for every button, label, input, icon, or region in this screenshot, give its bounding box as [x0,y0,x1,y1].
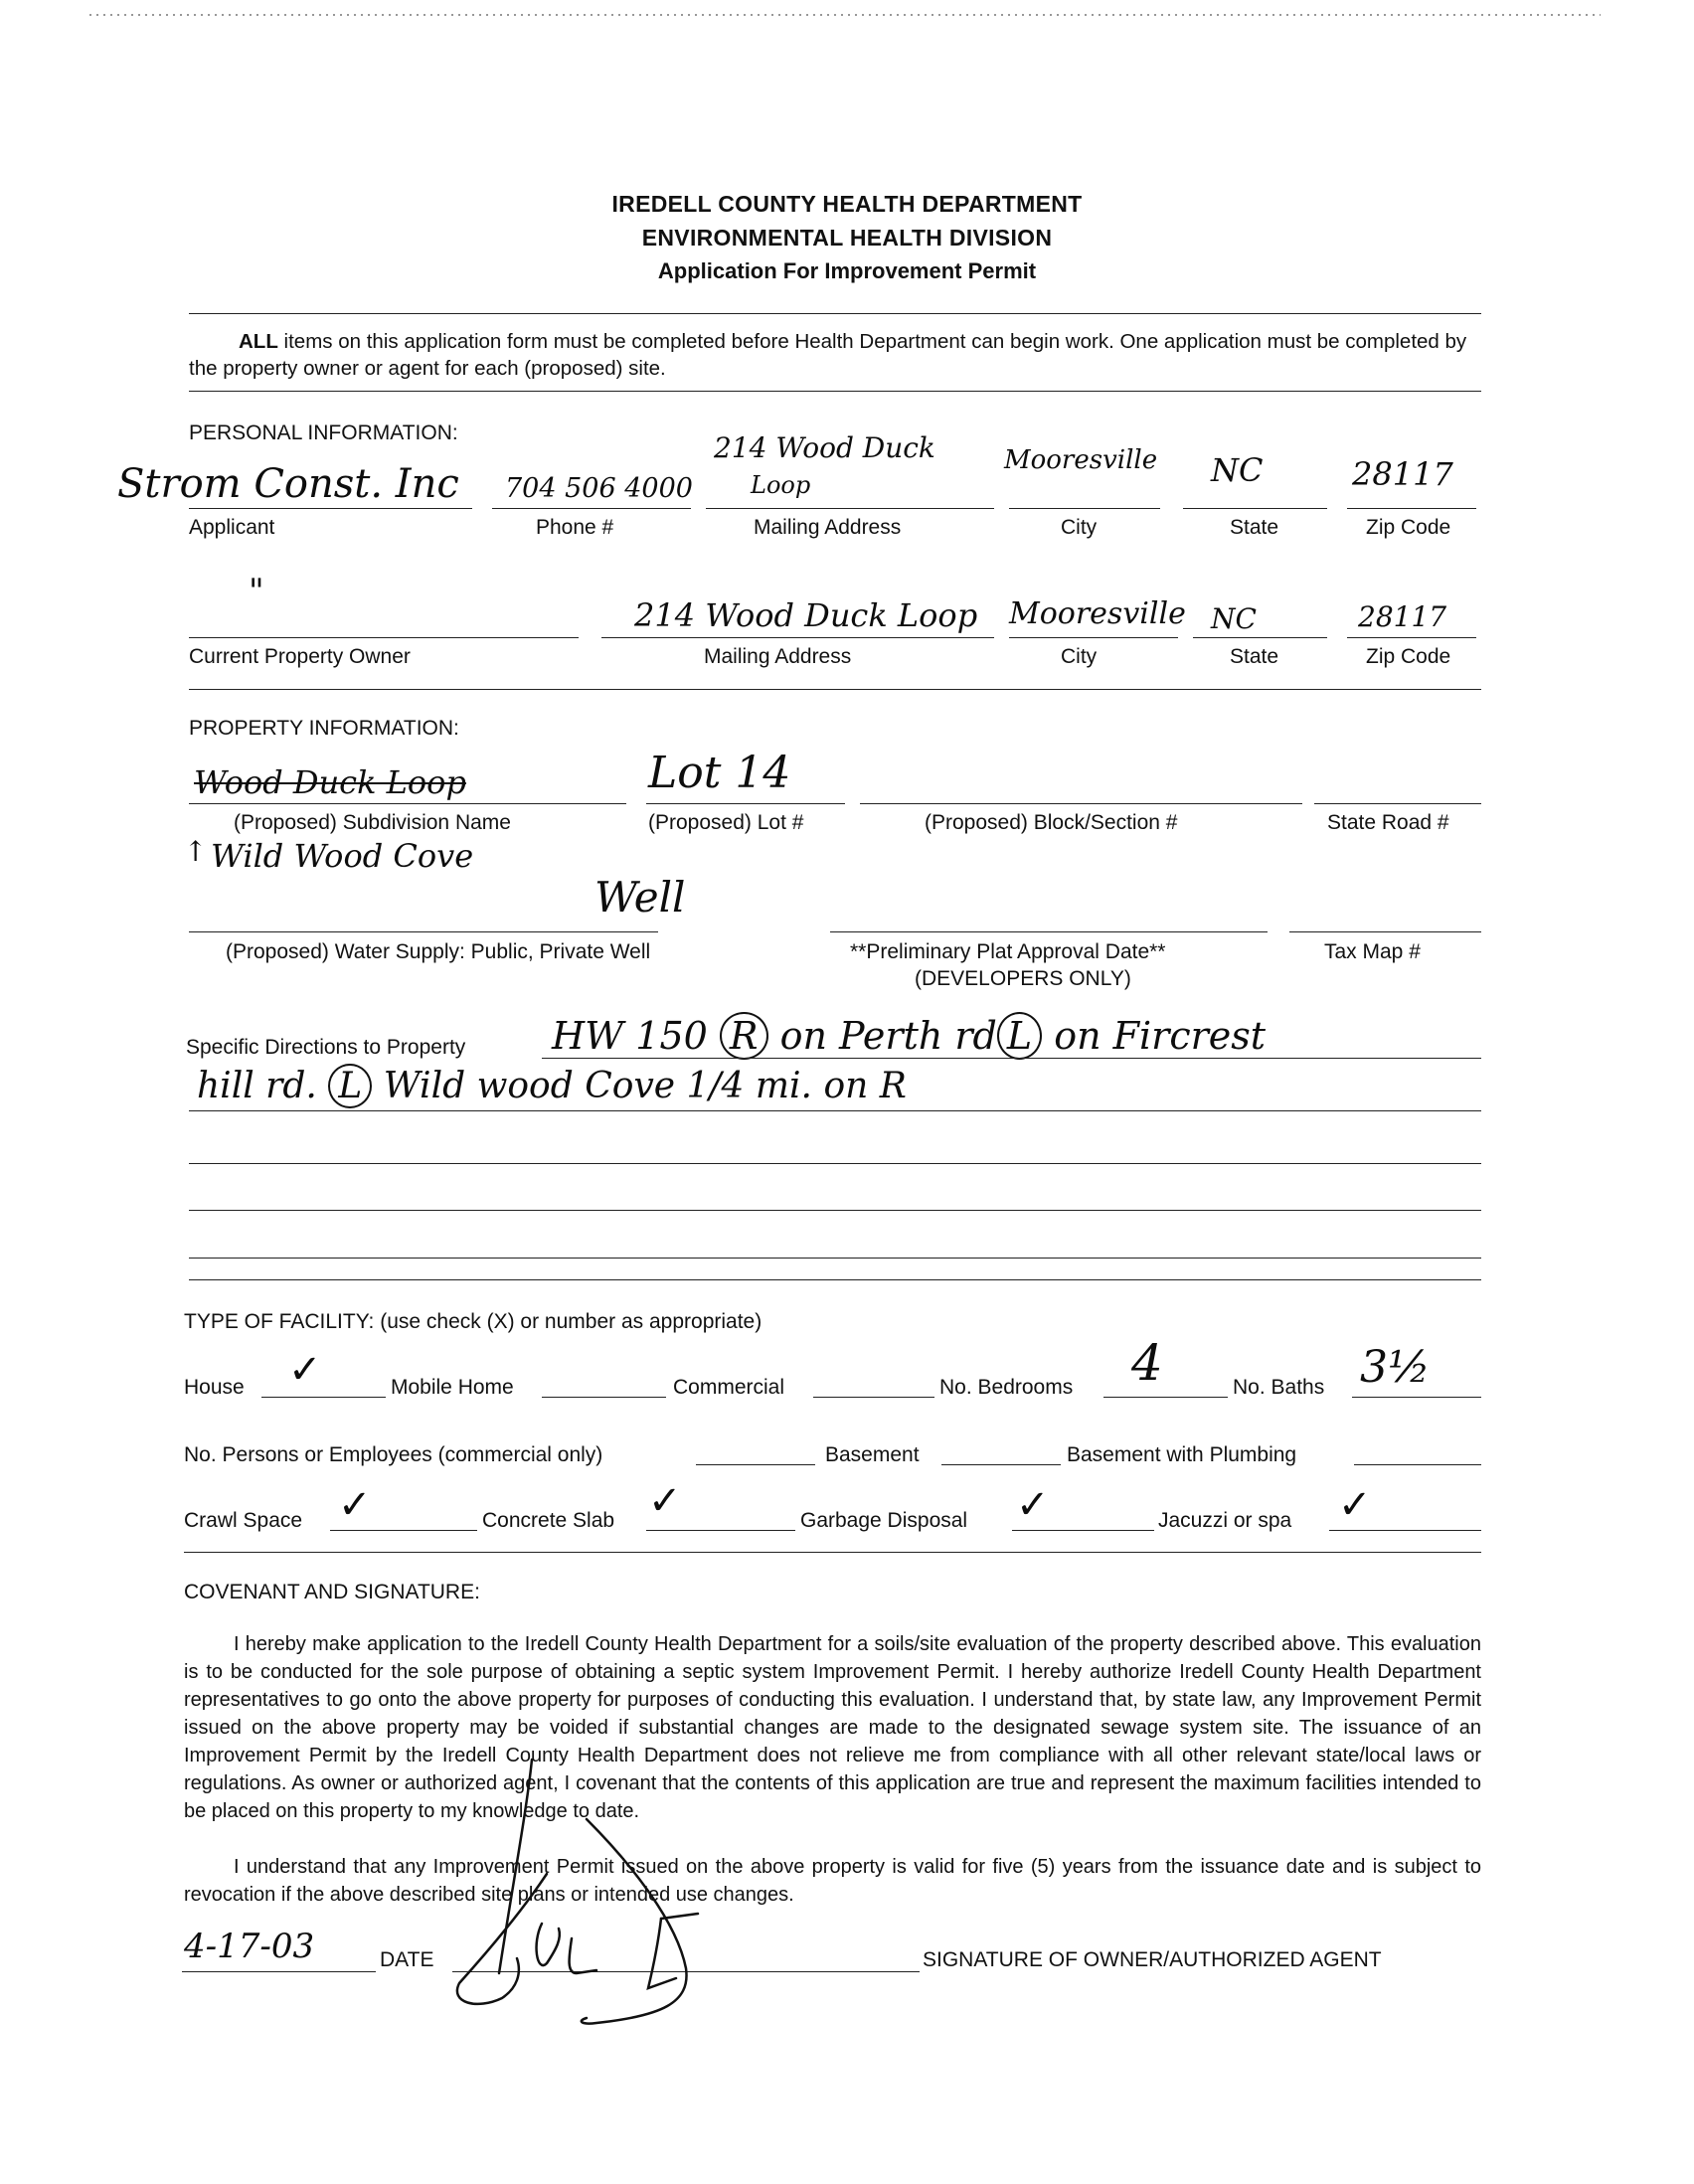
bedrooms-field[interactable]: 4 [1131,1334,1163,1392]
mobile-home-label: Mobile Home [391,1376,514,1400]
personal-info-heading: PERSONAL INFORMATION: [189,421,458,445]
zip-label: Zip Code [1366,516,1450,540]
water-label: (Proposed) Water Supply: Public, Private… [226,940,650,964]
directions-line [542,1058,1481,1059]
date-label: DATE [380,1948,433,1972]
intro-text: items on this application form must be c… [189,330,1466,380]
signature-label: SIGNATURE OF OWNER/AUTHORIZED AGENT [923,1948,1382,1972]
subdivision-line [189,803,626,804]
owner-city-label: City [1061,645,1097,669]
commercial-label: Commercial [673,1376,784,1400]
house-check[interactable]: ✓ [288,1350,322,1390]
persons-label: No. Persons or Employees (commercial onl… [184,1443,602,1467]
commercial-line [813,1397,934,1398]
divider [189,313,1481,314]
block-label: (Proposed) Block/Section # [925,811,1177,835]
basement-plumbing-label: Basement with Plumbing [1067,1443,1296,1467]
directions-text: Wild wood Cove 1/4 mi. on R [384,1066,907,1106]
intro-bold: ALL [239,330,278,353]
owner-line [189,637,579,638]
state-road-line [1314,803,1481,804]
tax-map-line [1289,931,1481,932]
tax-map-label: Tax Map # [1324,940,1421,964]
phone-line [492,508,691,509]
date-field[interactable]: 4-17-03 [184,1927,314,1966]
applicant-zip-field[interactable]: 28117 [1352,455,1453,493]
owner-state-field[interactable]: NC [1211,602,1257,635]
directions-text: on Fircrest [1054,1014,1266,1058]
owner-state-label: State [1230,645,1278,669]
plat-note: (DEVELOPERS ONLY) [915,967,1131,991]
state-line [1183,508,1327,509]
phone-label: Phone # [536,516,613,540]
applicant-line [189,508,472,509]
bedrooms-line [1103,1397,1228,1398]
basement-label: Basement [825,1443,920,1467]
owner-label: Current Property Owner [189,645,411,669]
owner-zip-field[interactable]: 28117 [1358,600,1446,633]
basement-plumbing-line [1354,1464,1481,1465]
scan-artifact [89,14,1601,16]
directions-line1[interactable]: HW 150 R on Perth rdL on Fircrest [552,1012,1266,1060]
city-line [1009,508,1160,509]
applicant-address-line1[interactable]: 214 Wood Duck [714,431,935,464]
owner-city-line [1009,637,1178,638]
state-label: State [1230,516,1278,540]
division-title: ENVIRONMENTAL HEALTH DIVISION [0,225,1694,252]
crawl-space-line [330,1530,477,1531]
block-line [860,803,1302,804]
directions-text: on Perth rd [780,1014,997,1058]
form-title: Application For Improvement Permit [0,258,1694,284]
turn-left-circle: L [328,1064,372,1108]
owner-mailing-label: Mailing Address [704,645,851,669]
directions-line [189,1210,1481,1211]
water-line [189,931,658,932]
applicant-state-field[interactable]: NC [1211,451,1263,489]
owner-state-line [1193,637,1327,638]
owner-address-line [601,637,994,638]
lot-field[interactable]: Lot 14 [648,748,790,798]
applicant-field[interactable]: Strom Const. Inc [117,461,459,507]
basement-line [941,1464,1061,1465]
directions-line [189,1258,1481,1259]
house-line [261,1397,386,1398]
crawl-space-label: Crawl Space [184,1509,302,1533]
directions-line [189,1163,1481,1164]
owner-city-field[interactable]: Mooresville [1009,596,1186,631]
department-title: IREDELL COUNTY HEALTH DEPARTMENT [0,191,1694,218]
garbage-disposal-check[interactable]: ✓ [1016,1485,1050,1525]
owner-address-field[interactable]: 214 Wood Duck Loop [634,596,977,634]
state-road-label: State Road # [1327,811,1449,835]
subdivision-arrow-icon: ↑ [184,835,207,868]
jacuzzi-line [1329,1530,1481,1531]
property-info-heading: PROPERTY INFORMATION: [189,717,459,741]
divider [189,689,1481,690]
concrete-slab-line [646,1530,795,1531]
phone-field[interactable]: 704 506 4000 [505,473,693,504]
signature-scribble[interactable] [437,1750,815,2038]
baths-field[interactable]: 3½ [1360,1342,1431,1393]
crawl-space-check[interactable]: ✓ [338,1485,372,1525]
owner-field[interactable]: " [249,572,264,611]
divider [189,391,1481,392]
directions-line2[interactable]: hill rd. L Wild wood Cove 1/4 mi. on R [197,1064,907,1108]
divider [184,1552,1481,1553]
city-label: City [1061,516,1097,540]
house-label: House [184,1376,245,1400]
plat-label: **Preliminary Plat Approval Date** [850,940,1165,964]
covenant-paragraph: I hereby make application to the Iredell… [184,1630,1481,1825]
applicant-label: Applicant [189,516,274,540]
directions-text: HW 150 [552,1014,708,1058]
jacuzzi-check[interactable]: ✓ [1338,1485,1372,1525]
validity-paragraph: I understand that any Improvement Permit… [184,1853,1481,1909]
persons-line [696,1464,815,1465]
concrete-slab-check[interactable]: ✓ [648,1481,682,1521]
garbage-disposal-line [1012,1530,1154,1531]
baths-label: No. Baths [1233,1376,1324,1400]
applicant-address-line2[interactable]: Loop [751,471,810,499]
owner-zip-line [1347,637,1476,638]
turn-right-circle: R [720,1012,768,1060]
directions-line [189,1110,1481,1111]
garbage-disposal-label: Garbage Disposal [800,1509,967,1533]
baths-line [1352,1397,1481,1398]
lot-label: (Proposed) Lot # [648,811,803,835]
facility-heading: TYPE OF FACILITY: (use check (X) or numb… [184,1310,762,1334]
covenant-heading: COVENANT AND SIGNATURE: [184,1581,480,1604]
subdivision-field[interactable]: Wild Wood Cove [211,837,473,875]
applicant-city-field[interactable]: Mooresville [1004,445,1157,475]
mobile-home-line [542,1397,666,1398]
water-supply-field[interactable]: Well [594,873,685,922]
turn-left-circle: L [997,1012,1042,1060]
address-line [706,508,994,509]
jacuzzi-label: Jacuzzi or spa [1158,1509,1291,1533]
plat-line [830,931,1268,932]
lot-line [646,803,845,804]
divider [189,1279,1481,1280]
zip-line [1347,508,1476,509]
date-line [182,1971,376,1972]
subdivision-label: (Proposed) Subdivision Name [234,811,511,835]
subdivision-struck-value: Wood Duck Loop [194,763,466,801]
intro-instructions: ALL items on this application form must … [189,328,1481,382]
mailing-label: Mailing Address [754,516,901,540]
bedrooms-label: No. Bedrooms [939,1376,1073,1400]
directions-label: Specific Directions to Property [186,1036,465,1060]
owner-zip-label: Zip Code [1366,645,1450,669]
directions-text: hill rd. [197,1066,317,1106]
concrete-slab-label: Concrete Slab [482,1509,614,1533]
